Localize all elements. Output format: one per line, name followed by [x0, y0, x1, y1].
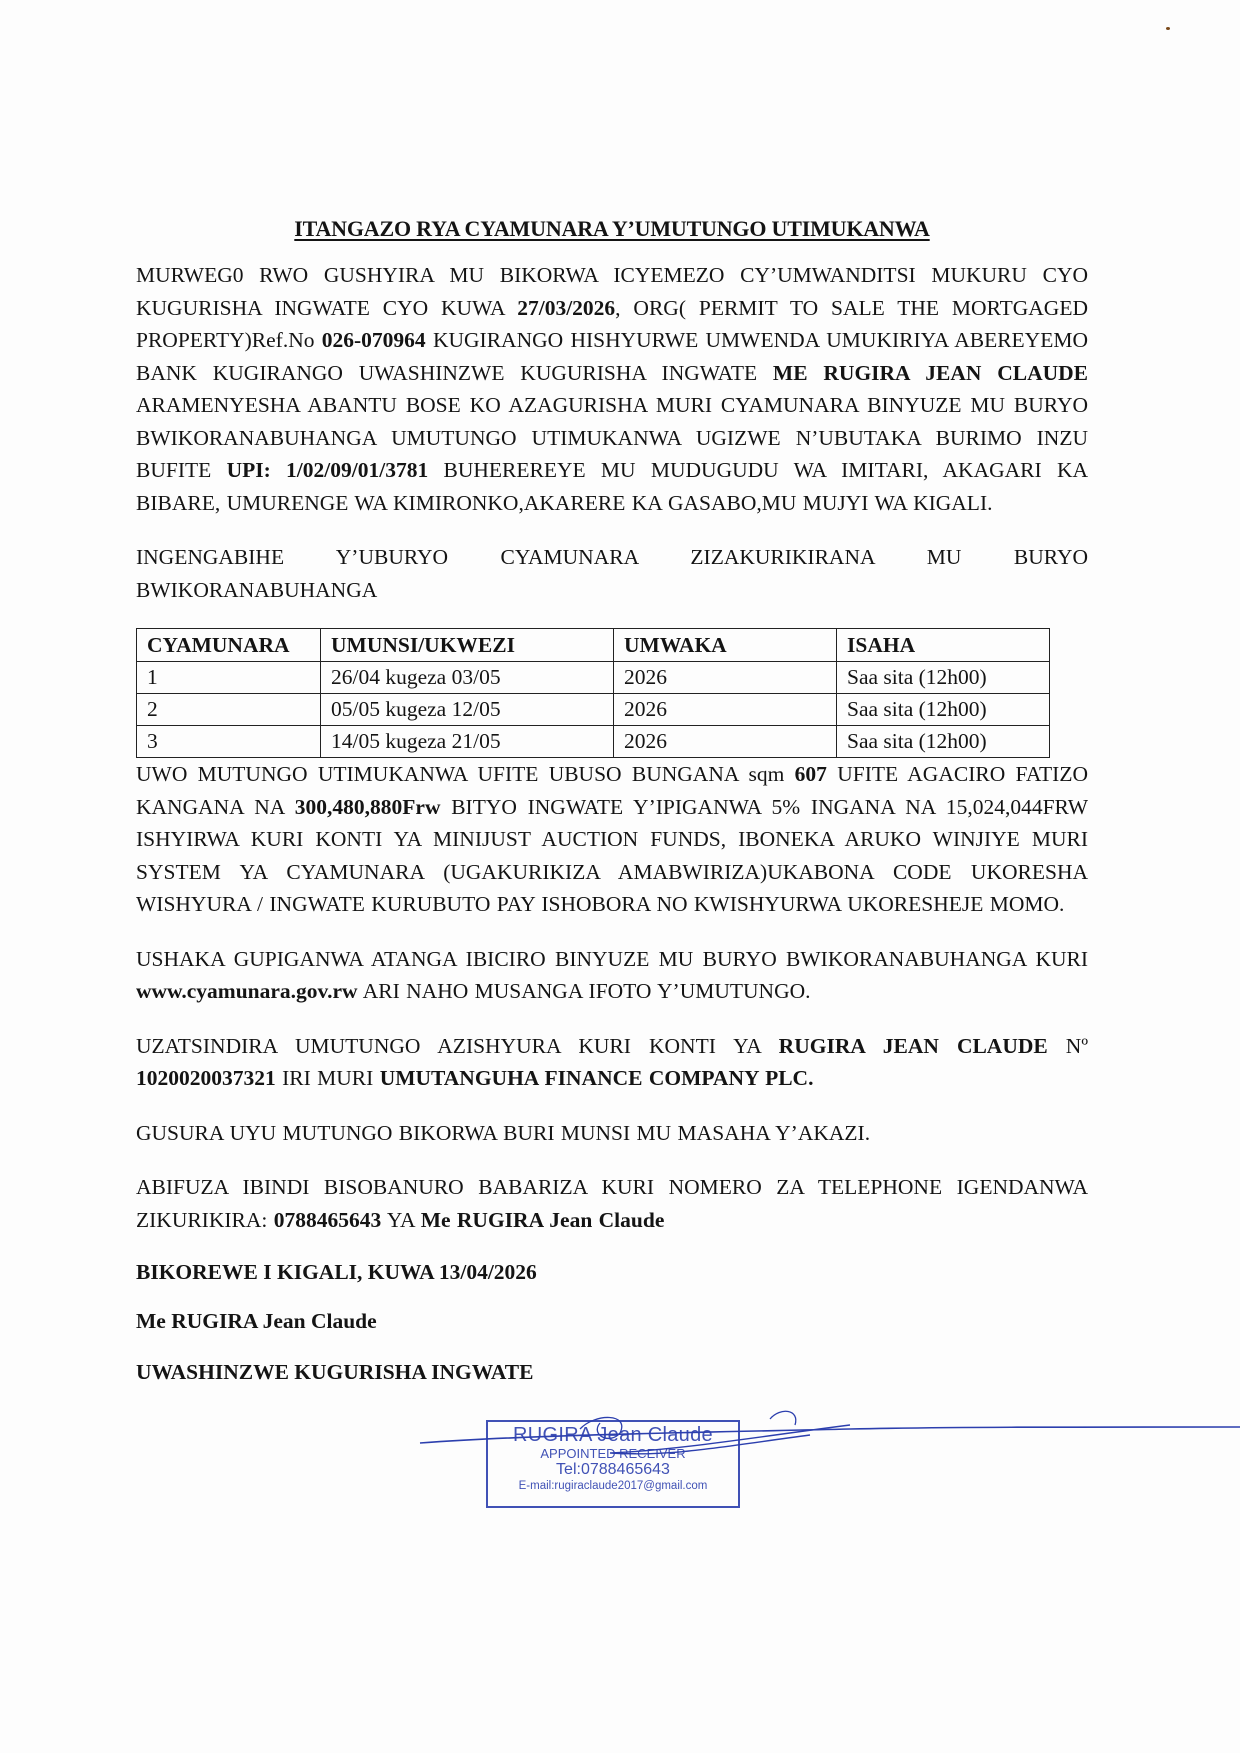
property-area: 607 — [795, 762, 827, 786]
payment-text: Nº — [1048, 1034, 1088, 1058]
signatory-role: UWASHINZWE KUGURISHA INGWATE — [136, 1360, 1088, 1385]
schedule-intro: INGENGABIHE Y’UBURYO CYAMUNARA ZIZAKURIK… — [136, 541, 1088, 606]
handwritten-signature — [250, 1405, 1240, 1525]
cell-time: Saa sita (12h00) — [837, 694, 1050, 726]
visit-paragraph: GUSURA UYU MUTUNGO BIKORWA BURI MUNSI MU… — [136, 1117, 1088, 1150]
table-row: 1 26/04 kugeza 03/05 2026 Saa sita (12h0… — [137, 662, 1050, 694]
bank-name: UMUTANGUHA FINANCE COMPANY PLC. — [380, 1066, 814, 1090]
valuation-text: UWO MUTUNGO UTIMUKANWA UFITE UBUSO BUNGA… — [136, 762, 795, 786]
account-name: RUGIRA JEAN CLAUDE — [779, 1034, 1048, 1058]
intro-paragraph: MURWEG0 RWO GUSHYIRA MU BIKORWA ICYEMEZO… — [136, 259, 1088, 519]
property-upi: UPI: 1/02/09/01/3781 — [227, 458, 429, 482]
cell-dates: 05/05 kugeza 12/05 — [321, 694, 614, 726]
notice-title: ITANGAZO RYA CYAMUNARA Y’UMUTUNGO UTIMUK… — [136, 216, 1088, 242]
bidding-text: USHAKA GUPIGANWA ATANGA IBICIRO BINYUZE … — [136, 947, 1088, 971]
reference-number: 026-070964 — [322, 328, 426, 352]
auction-website-link[interactable]: www.cyamunara.gov.rw — [136, 979, 358, 1003]
payment-text: IRI MURI — [276, 1066, 380, 1090]
cell-time: Saa sita (12h00) — [837, 662, 1050, 694]
stamp-email: E-mail:rugiraclaude2017@gmail.com — [488, 1479, 738, 1493]
decision-date: 27/03/2026 — [517, 296, 615, 320]
auction-notice: ITANGAZO RYA CYAMUNARA Y’UMUTUNGO UTIMUK… — [136, 216, 1088, 1385]
contact-text: YA — [381, 1208, 420, 1232]
table-header-row: CYAMUNARA UMUNSI/UKWEZI UMWAKA ISAHA — [137, 629, 1050, 662]
payment-paragraph: UZATSINDIRA UMUTUNGO AZISHYURA KURI KONT… — [136, 1030, 1088, 1095]
scan-speck — [1166, 27, 1170, 30]
bidding-paragraph: USHAKA GUPIGANWA ATANGA IBICIRO BINYUZE … — [136, 943, 1088, 1008]
cell-number: 3 — [137, 726, 321, 758]
auction-schedule-table: CYAMUNARA UMUNSI/UKWEZI UMWAKA ISAHA 1 2… — [136, 628, 1050, 758]
account-number: 1020020037321 — [136, 1066, 276, 1090]
header-date: UMUNSI/UKWEZI — [321, 629, 614, 662]
property-value: 300,480,880Frw — [295, 795, 441, 819]
cell-number: 2 — [137, 694, 321, 726]
contact-phone: 0788465643 — [274, 1208, 382, 1232]
stamp-name: RUGIRA Jean Claude — [488, 1424, 738, 1447]
bidding-text: ARI NAHO MUSANGA IFOTO Y’UMUTUNGO. — [358, 979, 811, 1003]
cell-time: Saa sita (12h00) — [837, 726, 1050, 758]
valuation-paragraph: UWO MUTUNGO UTIMUKANWA UFITE UBUSO BUNGA… — [136, 758, 1088, 921]
receiver-name: ME RUGIRA JEAN CLAUDE — [773, 361, 1088, 385]
official-stamp: RUGIRA Jean Claude APPOINTED RECEIVER Te… — [486, 1420, 740, 1508]
contact-paragraph: ABIFUZA IBINDI BISOBANURO BABARIZA KURI … — [136, 1171, 1088, 1236]
header-time: ISAHA — [837, 629, 1050, 662]
cell-year: 2026 — [614, 662, 837, 694]
stamp-title: APPOINTED RECEIVER — [488, 1447, 738, 1461]
cell-number: 1 — [137, 662, 321, 694]
table-row: 3 14/05 kugeza 21/05 2026 Saa sita (12h0… — [137, 726, 1050, 758]
table-row: 2 05/05 kugeza 12/05 2026 Saa sita (12h0… — [137, 694, 1050, 726]
signatory-name: Me RUGIRA Jean Claude — [136, 1309, 1088, 1334]
cell-year: 2026 — [614, 726, 837, 758]
contact-name: Me RUGIRA Jean Claude — [421, 1208, 665, 1232]
signature-date-line: BIKOREWE I KIGALI, KUWA 13/04/2026 — [136, 1260, 1088, 1285]
cell-year: 2026 — [614, 694, 837, 726]
payment-text: UZATSINDIRA UMUTUNGO AZISHYURA KURI KONT… — [136, 1034, 779, 1058]
cell-dates: 26/04 kugeza 03/05 — [321, 662, 614, 694]
header-cyamunara: CYAMUNARA — [137, 629, 321, 662]
header-year: UMWAKA — [614, 629, 837, 662]
cell-dates: 14/05 kugeza 21/05 — [321, 726, 614, 758]
stamp-phone: Tel:0788465643 — [488, 1461, 738, 1479]
